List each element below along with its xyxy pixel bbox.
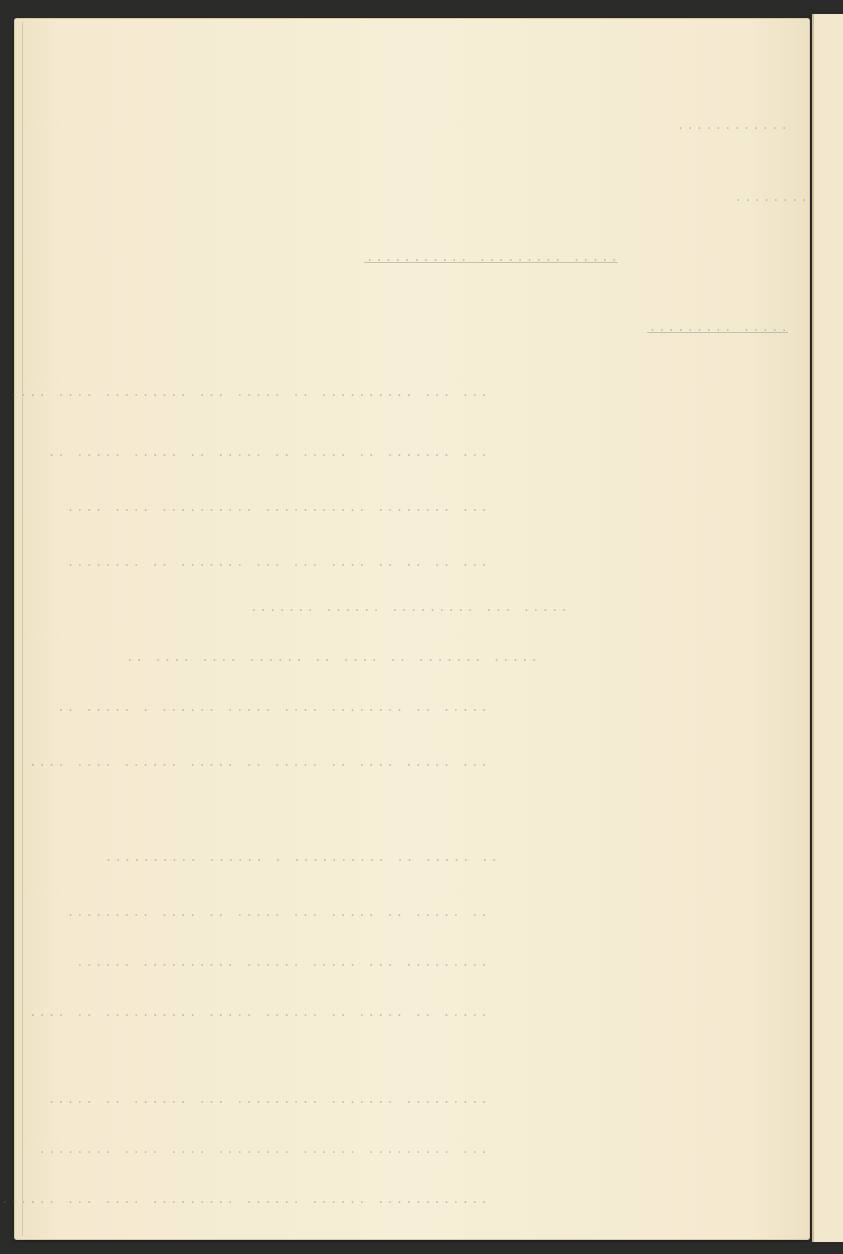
stacked-page-edge bbox=[16, 22, 23, 1236]
bleed-line: ... ........ ........... .......... ....… bbox=[65, 500, 488, 515]
bleed-line: ... ....... .. ..... .. ..... .. ..... .… bbox=[46, 445, 488, 460]
bleed-line: ... ..... .... .. ..... .. ..... ...... … bbox=[27, 755, 488, 770]
bleed-through-text: ......................... ......... ....… bbox=[14, 18, 810, 1240]
bleed-line: ........ bbox=[733, 190, 808, 205]
bleed-line: ......... ... ..... ...... .......... ..… bbox=[74, 955, 488, 970]
bleed-line: ......... ....... ......... ... ...... .… bbox=[46, 1092, 488, 1107]
bleed-line: ..... ......... ........... bbox=[364, 250, 618, 265]
adjacent-page-edge bbox=[812, 14, 843, 1242]
bleed-line: ..... ......... bbox=[647, 320, 788, 335]
bleed-line: ..... ....... .. .... .. ...... .... ...… bbox=[124, 650, 538, 665]
bleed-line: ..... .. ..... .. ...... ..... .........… bbox=[27, 1005, 488, 1020]
bleed-line: ............ ...... ...... ......... ...… bbox=[0, 1192, 488, 1207]
bleed-line: ... .. .. .. .... ... ... ....... .. ...… bbox=[65, 555, 488, 570]
paper-sheet: ......................... ......... ....… bbox=[14, 18, 810, 1240]
bleed-line: ... ......... ...... ........ .... .... … bbox=[37, 1142, 488, 1157]
bleed-line: .. ..... .. ..... ... ..... .. .... ....… bbox=[65, 905, 488, 920]
bleed-line: .. ..... .. .......... . ...... ........… bbox=[103, 850, 498, 865]
bleed-line: ..... ... ......... ...... ....... bbox=[248, 600, 568, 615]
bleed-line: ..... .. ........ .... ..... ...... . ..… bbox=[56, 700, 488, 715]
bleed-line: ... ... .......... .. ..... ... ........… bbox=[9, 385, 488, 400]
bleed-line: ............ bbox=[675, 118, 788, 133]
